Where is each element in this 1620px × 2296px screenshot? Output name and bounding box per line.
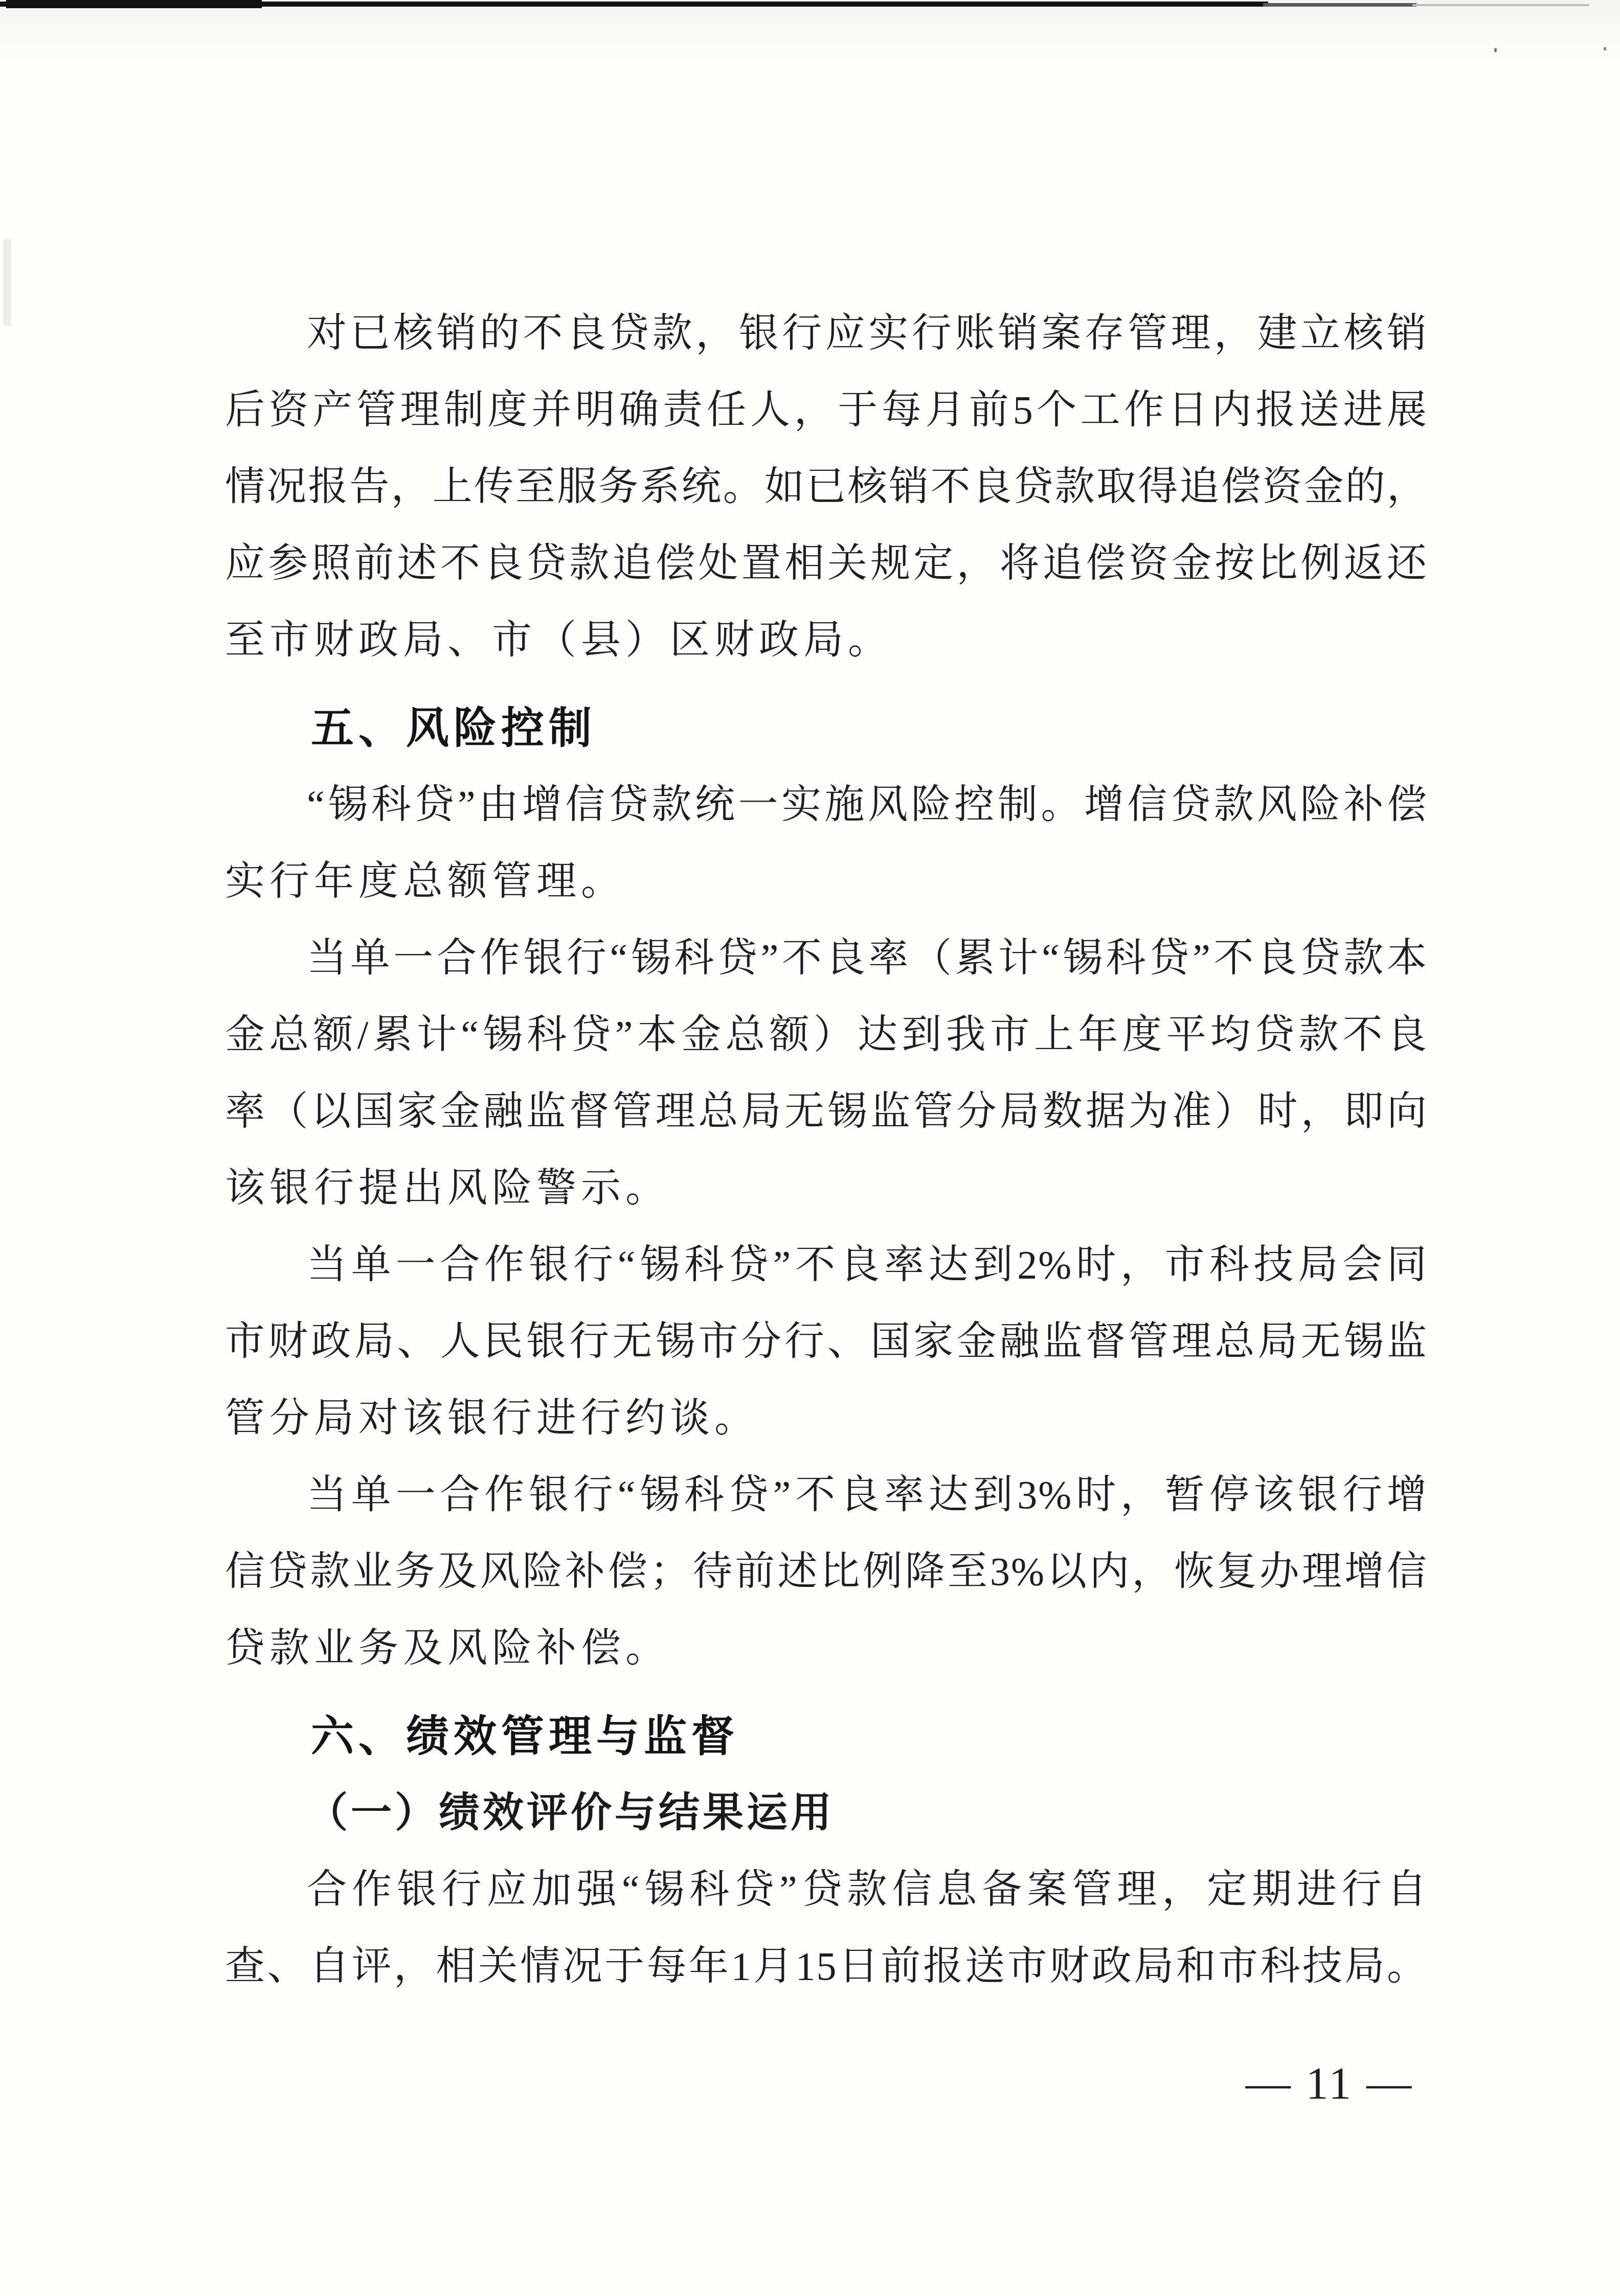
paragraph-line: 当单一合作银行“锡科贷”不良率达到2%时，市科技局会同 [225,1226,1428,1303]
paragraph-line: 市财政局、人民银行无锡市分行、国家金融监督管理总局无锡监 [225,1303,1428,1380]
paragraph-line: 实行年度总额管理。 [225,843,1428,920]
scan-artifact-bar-gray [1263,3,1416,7]
paragraph-line: 应参照前述不良贷款追偿处置相关规定，将追偿资金按比例返还 [225,525,1428,602]
paragraph-line: 率（以国家金融监督管理总局无锡监管分局数据为准）时，即向 [225,1073,1428,1150]
paragraph-line: 当单一合作银行“锡科贷”不良率达到3%时，暂停该银行增 [225,1457,1428,1533]
subsection-heading-evaluation: （一）绩效评价与结果运用 [225,1775,1428,1851]
paragraph-line: 查、自评，相关情况于每年1月15日前报送市财政局和市科技局。 [225,1928,1428,2005]
scan-edge-streak [3,239,11,326]
scan-shadow-wash [0,0,1620,56]
paragraph-line: 合作银行应加强“锡科贷”贷款信息备案管理，定期进行自 [225,1851,1428,1928]
paragraph-line: 管分局对该银行进行约谈。 [225,1380,1428,1457]
scan-artifact-bar-thin [0,2,1268,7]
section-heading-risk-control: 五、风险控制 [225,690,1428,766]
scanned-document-page: 对已核销的不良贷款，银行应实行账销案存管理，建立核销 后资产管理制度并明确责任人… [0,0,1620,2296]
paragraph-line: 至市财政局、市（县）区财政局。 [225,602,1428,678]
paragraph-line: 当单一合作银行“锡科贷”不良率（累计“锡科贷”不良贷款本 [225,920,1428,996]
scan-artifact-bar-faint [1412,4,1589,6]
scan-speck [1494,48,1497,52]
paragraph-line: 对已核销的不良贷款，银行应实行账销案存管理，建立核销 [225,295,1428,372]
page-number: — 11 — [1207,2053,1452,2115]
paragraph-line: 后资产管理制度并明确责任人，于每月前5个工作日内报送进展 [225,372,1428,448]
paragraph-line: 金总额/累计“锡科贷”本金总额）达到我市上年度平均贷款不良 [225,996,1428,1073]
scan-speck [1604,47,1606,51]
paragraph-line: 信贷款业务及风险补偿；待前述比例降至3%以内，恢复办理增信 [225,1533,1428,1610]
paragraph-line: 贷款业务及风险补偿。 [225,1610,1428,1687]
document-body: 对已核销的不良贷款，银行应实行账销案存管理，建立核销 后资产管理制度并明确责任人… [225,295,1428,2005]
paragraph-line: “锡科贷”由增信贷款统一实施风险控制。增信贷款风险补偿 [225,766,1428,843]
paragraph-line: 该银行提出风险警示。 [225,1150,1428,1226]
paragraph-line: 情况报告，上传至服务系统。如已核销不良贷款取得追偿资金的， [225,448,1428,525]
section-heading-performance: 六、绩效管理与监督 [225,1698,1428,1775]
